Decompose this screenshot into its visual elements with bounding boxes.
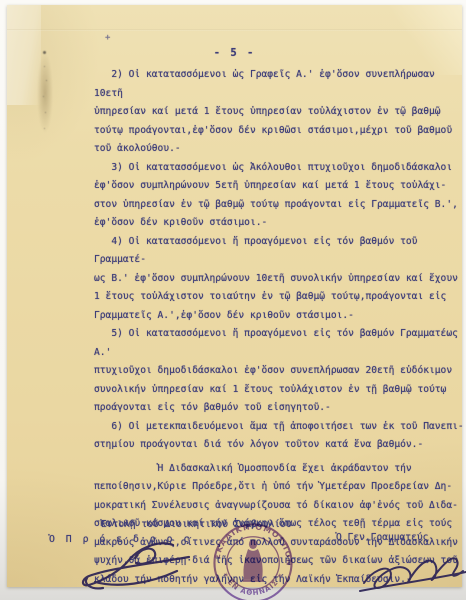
paragraph-5: 5) Οἱ κατατασσόμενοι ἤ προαγόμενοι εἰς τ…: [94, 325, 466, 418]
paper-sheet: + - 5 - 2) Οἱ κατατασσόμενοι ὡς Γραφεῖς …: [7, 5, 462, 587]
paragraph-4: 4) Οἱ κατατασσόμενοι ἤ προαγόμενοι εἰς τ…: [94, 233, 466, 326]
letter-body: 2) Οἱ κατατασσόμενοι ὡς Γραφεῖς Α.' ἐφ'ὅ…: [94, 66, 466, 589]
secretary-title: Ὁ Γεν.Γραμματεύς: [336, 532, 428, 543]
stray-typewriter-mark: +: [105, 33, 110, 43]
paragraph-3: 3) Οἱ κατατασσόμενοι ὡς Ἀκόλουθοι πτυχιο…: [94, 159, 466, 233]
document-scan: + - 5 - 2) Οἱ κατατασσόμενοι ὡς Γραφεῖς …: [0, 0, 466, 600]
paragraph-2: 2) Οἱ κατατασσόμενοι ὡς Γραφεῖς Α.' ἐφ'ὅ…: [94, 66, 466, 159]
organization-stamp: ΔΙΔΑΣΚΑΛΙΚΗ ΟΜΟΣΠΟΝΔΙΑ ✶ ΕΝ ΑΘΗΝΑΙΣ ✶: [212, 522, 294, 600]
president-signature: [73, 538, 201, 596]
paragraph-6: 6) Οἱ μετεκπαιδευόμενοι ἅμα τῇ ἀποφοιτήσ…: [94, 418, 466, 455]
paper-crease: [7, 29, 462, 31]
secretary-signature: [356, 547, 466, 597]
stamp-statue-figure: [242, 539, 263, 582]
corner-fold: [342, 5, 462, 75]
page-number: - 5 -: [7, 47, 462, 59]
